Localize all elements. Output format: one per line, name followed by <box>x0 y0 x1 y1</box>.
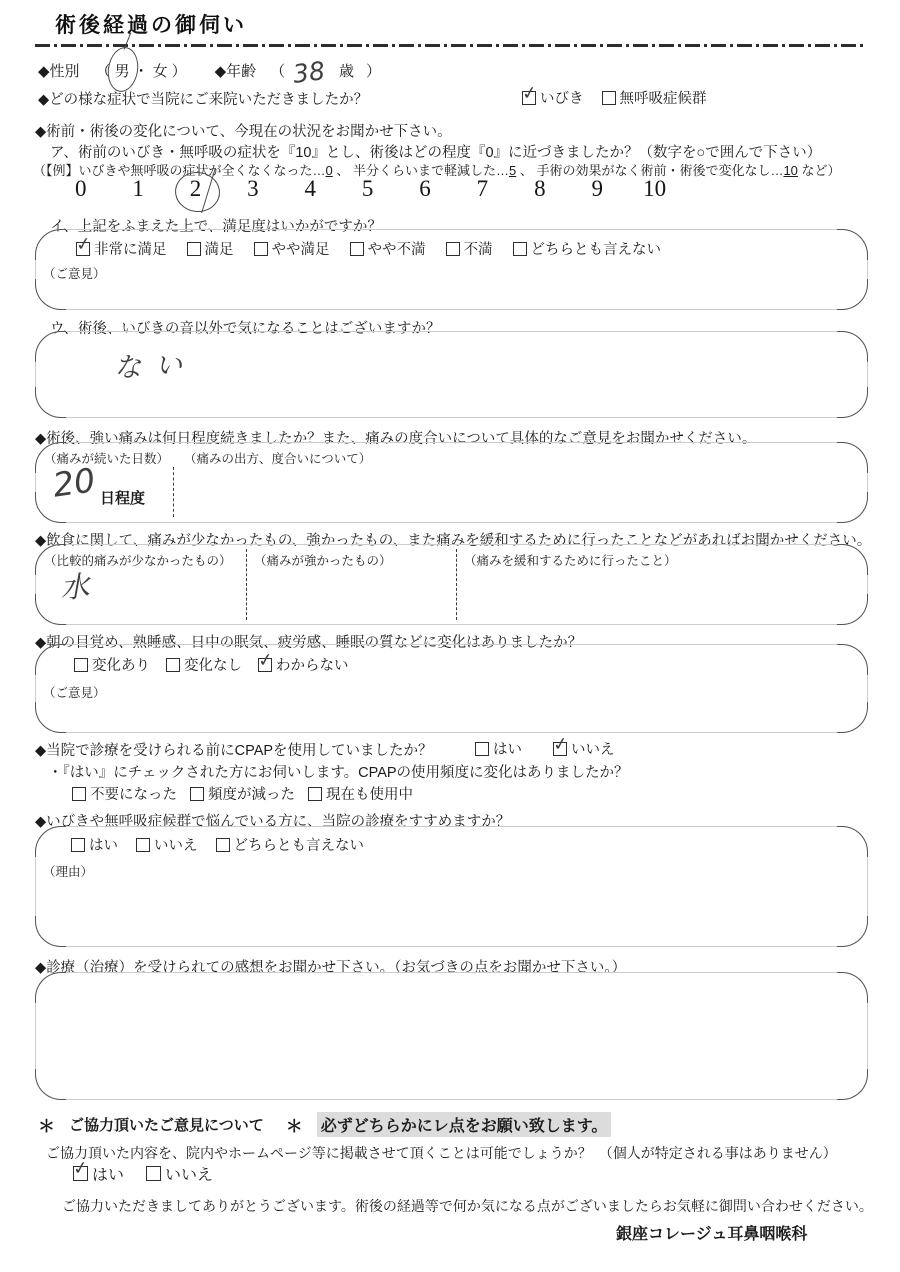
box-corner-decoration <box>837 916 868 947</box>
demographics-row: ◆性別 （ 男 ・ 女 ） ◆年齢 （ 38 歳 ） <box>38 56 381 85</box>
checkbox-label: いいえ <box>154 834 198 855</box>
handwritten-age-value: 38 <box>292 56 327 89</box>
cpap-followup-options: 不要になった 頻度が減った 現在も使用中 <box>72 783 413 804</box>
dashed-column-divider <box>173 467 174 517</box>
checkbox-label: いびき <box>540 87 584 108</box>
age-paren-open: （ <box>270 60 285 81</box>
option-publish-yes: はい <box>73 1162 124 1185</box>
checkbox-label: どちらとも言えない <box>234 834 365 855</box>
thanks-message: ご協力いただきましてありがとうございます。術後の経過等で何か気になる点がございま… <box>62 1196 873 1216</box>
checkbox-label: わからない <box>276 654 349 675</box>
checkbox-label: 非常に満足 <box>94 238 167 259</box>
checkbox-no-longer-needed[interactable] <box>72 787 86 801</box>
handwritten-circle-male <box>104 45 141 94</box>
symptom-options: いびき 無呼吸症候群 <box>522 87 707 108</box>
example-text: など） <box>798 163 841 178</box>
box-corner-decoration <box>35 331 66 362</box>
option-somewhat-satisfied: やや満足 <box>254 238 330 259</box>
checkbox-change-no[interactable] <box>166 658 180 672</box>
scale-8: 8 <box>511 176 568 202</box>
checkbox-recommend-yes[interactable] <box>71 838 85 852</box>
age-label: ◆年齢 <box>215 60 257 81</box>
scale-4: 4 <box>282 176 339 202</box>
required-note: 必ずどちらかにレ点をお願い致します。 <box>317 1112 612 1137</box>
checkbox-label: はい <box>493 738 522 759</box>
checkbox-label: いいえ <box>165 1162 213 1185</box>
comment-label: （ご意見） <box>43 264 106 282</box>
page-title: 術後経過の御伺い <box>55 9 247 39</box>
box-corner-decoration <box>35 279 66 310</box>
satisfaction-box: 非常に満足 満足 やや満足 やや不満 不満 どちらとも言えない （ご意見） <box>35 229 868 310</box>
checkbox-label: いいえ <box>571 738 615 759</box>
age-paren-close: ） <box>366 60 381 81</box>
option-recommend-no: いいえ <box>136 834 198 855</box>
pain-days-unit: 日程度 <box>100 487 145 508</box>
rating-scale: 0 1 2 3 4 5 6 7 8 9 10 <box>52 176 684 202</box>
checkbox-label: 変化なし <box>184 654 242 675</box>
box-corner-decoration <box>837 1069 868 1100</box>
clinic-name: 銀座コレージュ耳鼻咽喉科 <box>616 1221 807 1244</box>
option-cpap-yes: はい <box>475 738 522 759</box>
age-unit: 歳 <box>339 60 354 81</box>
gender-option-female[interactable]: 女 <box>153 60 168 81</box>
publish-question: ご協力頂いた内容を、院内やホームページ等に掲載させて頂くことは可能でしょうか？ … <box>46 1143 837 1163</box>
option-satisfied: 満足 <box>187 238 234 259</box>
checkbox-still-using[interactable] <box>308 787 322 801</box>
option-change-yes: 変化あり <box>74 654 150 675</box>
checkbox-satisfied[interactable] <box>187 242 201 256</box>
checkbox-somewhat-dissatisfied[interactable] <box>350 242 364 256</box>
checkbox-recommend-neither[interactable] <box>216 838 230 852</box>
example-num-10: 10 <box>783 163 797 178</box>
recommend-options: はい いいえ どちらとも言えない <box>71 834 364 855</box>
change-section-heading: ◆術前・術後の変化について、今現在の状況をお聞かせ下さい。 <box>35 120 452 141</box>
checkbox-publish-yes[interactable] <box>73 1166 88 1181</box>
box-corner-decoration <box>35 702 66 733</box>
questionnaire-page: 術後経過の御伺い ◆性別 （ 男 ・ 女 ） ◆年齢 （ 38 歳 ） ◆どの様… <box>0 0 900 1272</box>
pain-detail-label: （痛みの出方、度合いについて） <box>184 449 371 467</box>
box-corner-decoration <box>837 826 868 857</box>
option-ibiki: いびき <box>522 87 584 108</box>
food-col2-label: （痛みが強かったもの） <box>254 551 392 569</box>
option-recommend-yes: はい <box>71 834 118 855</box>
checkbox-label: 現在も使用中 <box>326 783 413 804</box>
option-recommend-neither: どちらとも言えない <box>216 834 365 855</box>
checkbox-label: どちらとも言えない <box>531 238 662 259</box>
recommend-box: はい いいえ どちらとも言えない （理由） <box>35 826 868 947</box>
box-corner-decoration <box>35 1069 66 1100</box>
box-corner-decoration <box>35 229 66 260</box>
scale-7: 7 <box>454 176 511 202</box>
checkbox-label: はい <box>92 1162 124 1185</box>
box-corner-decoration <box>35 916 66 947</box>
food-col3-label: （痛みを緩和するために行ったこと） <box>464 551 677 569</box>
checkbox-label: やや不満 <box>368 238 426 259</box>
asterisk: ＊ <box>38 1112 55 1137</box>
checkbox-label: 頻度が減った <box>208 783 295 804</box>
gender-paren-close: ） <box>172 60 187 81</box>
checkbox-label: 満足 <box>205 238 234 259</box>
comment-label: （ご意見） <box>43 683 106 701</box>
option-mukokyu: 無呼吸症候群 <box>602 87 707 108</box>
checkbox-label: やや満足 <box>272 238 330 259</box>
satisfaction-options: 非常に満足 満足 やや満足 やや不満 不満 どちらとも言えない <box>76 238 661 259</box>
cpap-followup-question: ・『はい』にチェックされた方にお伺いします。CPAPの使用頻度に変化はありました… <box>48 761 629 782</box>
cpap-question: ◆当院で診療を受けられる前にCPAPを使用していましたか？ <box>35 739 433 760</box>
reason-label: （理由） <box>43 862 93 880</box>
scale-9: 9 <box>569 176 626 202</box>
food-box: （比較的痛みが少なかったもの） （痛みが強かったもの） （痛みを緩和するために行… <box>35 544 868 625</box>
box-corner-decoration <box>837 229 868 260</box>
checkbox-mukokyu[interactable] <box>602 91 616 105</box>
checkbox-somewhat-satisfied[interactable] <box>254 242 268 256</box>
option-change-unknown: わからない <box>258 654 349 675</box>
checkbox-label: 不満 <box>464 238 493 259</box>
box-corner-decoration <box>35 387 66 418</box>
box-corner-decoration <box>837 972 868 1003</box>
feedback-title: ご協力頂いたご意見について <box>69 1114 264 1135</box>
checkbox-dissatisfied[interactable] <box>446 242 460 256</box>
footer-note-row: ＊ ご協力頂いたご意見について ＊ 必ずどちらかにレ点をお願い致します。 <box>38 1112 611 1137</box>
checkbox-ibiki[interactable] <box>522 91 536 105</box>
checkbox-recommend-no[interactable] <box>136 838 150 852</box>
asterisk: ＊ <box>286 1112 303 1137</box>
option-publish-no: いいえ <box>146 1162 213 1185</box>
box-corner-decoration <box>837 331 868 362</box>
checkbox-change-yes[interactable] <box>74 658 88 672</box>
checkbox-cpap-no[interactable] <box>553 742 567 756</box>
publish-options: はい いいえ <box>73 1162 213 1185</box>
gender-option-male[interactable]: 男 <box>115 60 130 81</box>
box-corner-decoration <box>837 387 868 418</box>
scale-10: 10 <box>626 176 683 202</box>
scale-0: 0 <box>52 176 109 202</box>
checkbox-label: はい <box>89 834 118 855</box>
handwritten-answer-none: ない <box>113 342 197 385</box>
checkbox-label: 変化あり <box>92 654 150 675</box>
sleep-options: 変化あり 変化なし わからない <box>74 654 349 675</box>
dashed-column-divider <box>456 549 457 620</box>
option-dissatisfied: 不満 <box>446 238 493 259</box>
checkbox-label: 不要になった <box>90 783 177 804</box>
box-corner-decoration <box>837 492 868 523</box>
box-corner-decoration <box>837 442 868 473</box>
box-corner-decoration <box>837 279 868 310</box>
scale-1: 1 <box>109 176 166 202</box>
option-somewhat-dissatisfied: やや不満 <box>350 238 426 259</box>
option-change-no: 変化なし <box>166 654 242 675</box>
option-neither: どちらとも言えない <box>513 238 662 259</box>
checkbox-neither[interactable] <box>513 242 527 256</box>
checkbox-cpap-yes[interactable] <box>475 742 489 756</box>
scale-5: 5 <box>339 176 396 202</box>
checkbox-change-unknown[interactable] <box>258 658 272 672</box>
checkbox-label: 無呼吸症候群 <box>620 87 707 108</box>
other-concerns-box: ない <box>35 331 868 418</box>
checkbox-publish-no[interactable] <box>146 1166 161 1181</box>
box-corner-decoration <box>837 594 868 625</box>
option-no-longer-needed: 不要になった <box>72 783 177 804</box>
dashed-column-divider <box>246 549 247 620</box>
option-still-using: 現在も使用中 <box>308 783 413 804</box>
sleep-box: 変化あり 変化なし わからない （ご意見） <box>35 644 868 733</box>
symptom-question: ◆どの様な症状で当院にご来院いただきましたか？ <box>38 88 368 109</box>
gender-label: ◆性別 <box>38 60 80 81</box>
impressions-box <box>35 972 868 1100</box>
checkbox-very-satisfied[interactable] <box>76 242 90 256</box>
scale-6: 6 <box>396 176 453 202</box>
option-very-satisfied: 非常に満足 <box>76 238 167 259</box>
option-cpap-no: いいえ <box>553 738 615 759</box>
handwritten-pain-days: 20 <box>50 460 97 504</box>
handwritten-food-answer: 水 <box>59 564 91 607</box>
option-frequency-decreased: 頻度が減った <box>190 783 295 804</box>
box-corner-decoration <box>837 702 868 733</box>
scale-question: ア、術前のいびき・無呼吸の症状を『10』とし、術後はどの程度『0』に近づきました… <box>50 141 821 162</box>
dash-dot-divider <box>35 44 866 47</box>
pain-box: （痛みが続いた日数） （痛みの出方、度合いについて） 20 日程度 <box>35 442 868 523</box>
checkbox-frequency-decreased[interactable] <box>190 787 204 801</box>
box-corner-decoration <box>837 644 868 675</box>
scale-3: 3 <box>224 176 281 202</box>
